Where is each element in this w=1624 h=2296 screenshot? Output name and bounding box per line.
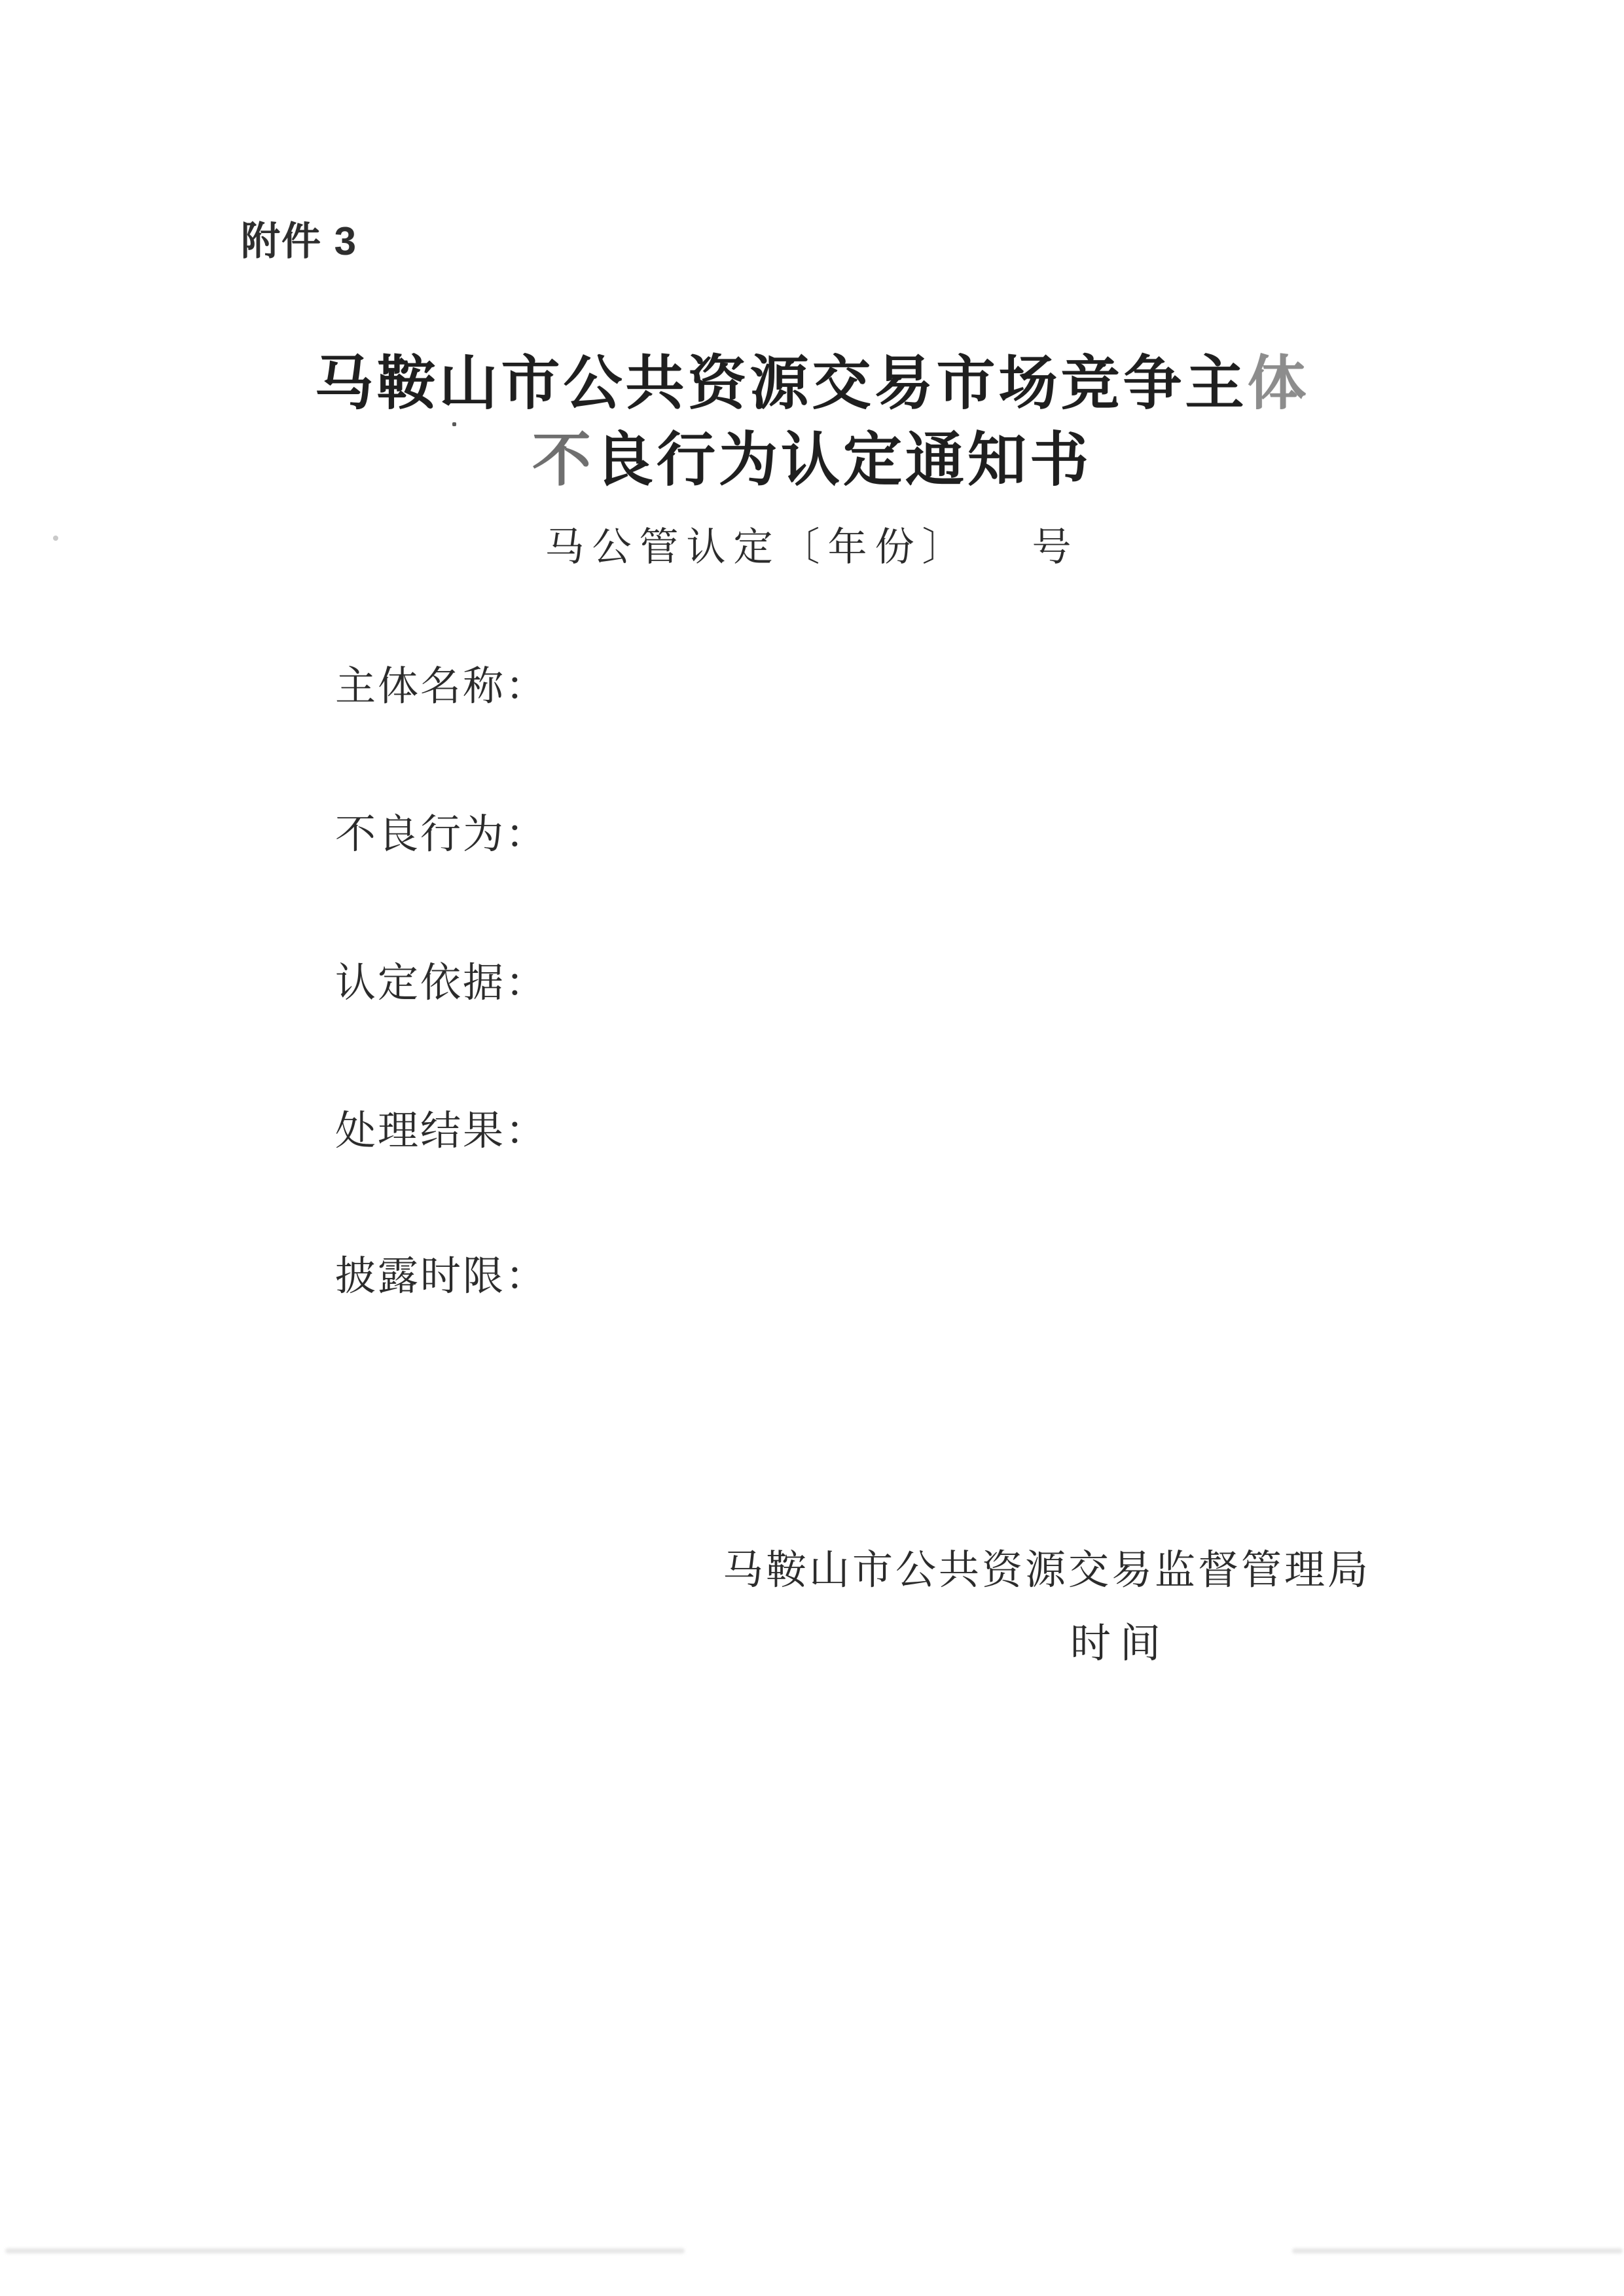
scan-shadow-artifact bbox=[5, 2248, 685, 2253]
title-line-2: 不良行为认定通知书 bbox=[532, 428, 1092, 493]
title-line-1: 马鞍山市公共资源交易市场竞争主体 bbox=[315, 352, 1310, 416]
signature-agency-name: 马鞍山市公共资源交易监督管理局 bbox=[723, 1548, 1371, 1594]
attachment-label: 附件 3 bbox=[241, 220, 357, 263]
field-label-determination-basis: 认定依据： bbox=[335, 960, 548, 1007]
document-number-prefix: 马公管认定〔年份〕 bbox=[545, 526, 969, 569]
document-number-line: 马公管认定〔年份〕号 bbox=[0, 522, 1624, 573]
document-number-suffix: 号 bbox=[1032, 526, 1079, 569]
title-line1-main-text: 马鞍山市公共资源交易市场竞争主 bbox=[315, 352, 1248, 416]
field-label-handling-result: 处理结果： bbox=[335, 1108, 548, 1155]
field-label-bad-behavior: 不良行为： bbox=[335, 812, 548, 858]
title-line2-faded-char: 不 bbox=[532, 428, 594, 493]
scanned-document-page: 附件 3 马鞍山市公共资源交易市场竞争主体 不良行为认定通知书 马公管认定〔年份… bbox=[0, 0, 1624, 2296]
ink-speck-artifact bbox=[452, 422, 456, 426]
title-line1-faded-char: 体 bbox=[1248, 352, 1310, 416]
signature-date-label: 时间 bbox=[1070, 1621, 1170, 1667]
ink-speck-artifact bbox=[53, 536, 58, 541]
title-line2-main-text: 良行为认定通知书 bbox=[594, 428, 1092, 493]
field-label-disclosure-period: 披露时限： bbox=[335, 1254, 548, 1300]
field-label-subject-name: 主体名称： bbox=[335, 664, 548, 710]
scan-shadow-artifact bbox=[1292, 2248, 1623, 2253]
document-title: 马鞍山市公共资源交易市场竞争主体 不良行为认定通知书 bbox=[0, 346, 1624, 499]
